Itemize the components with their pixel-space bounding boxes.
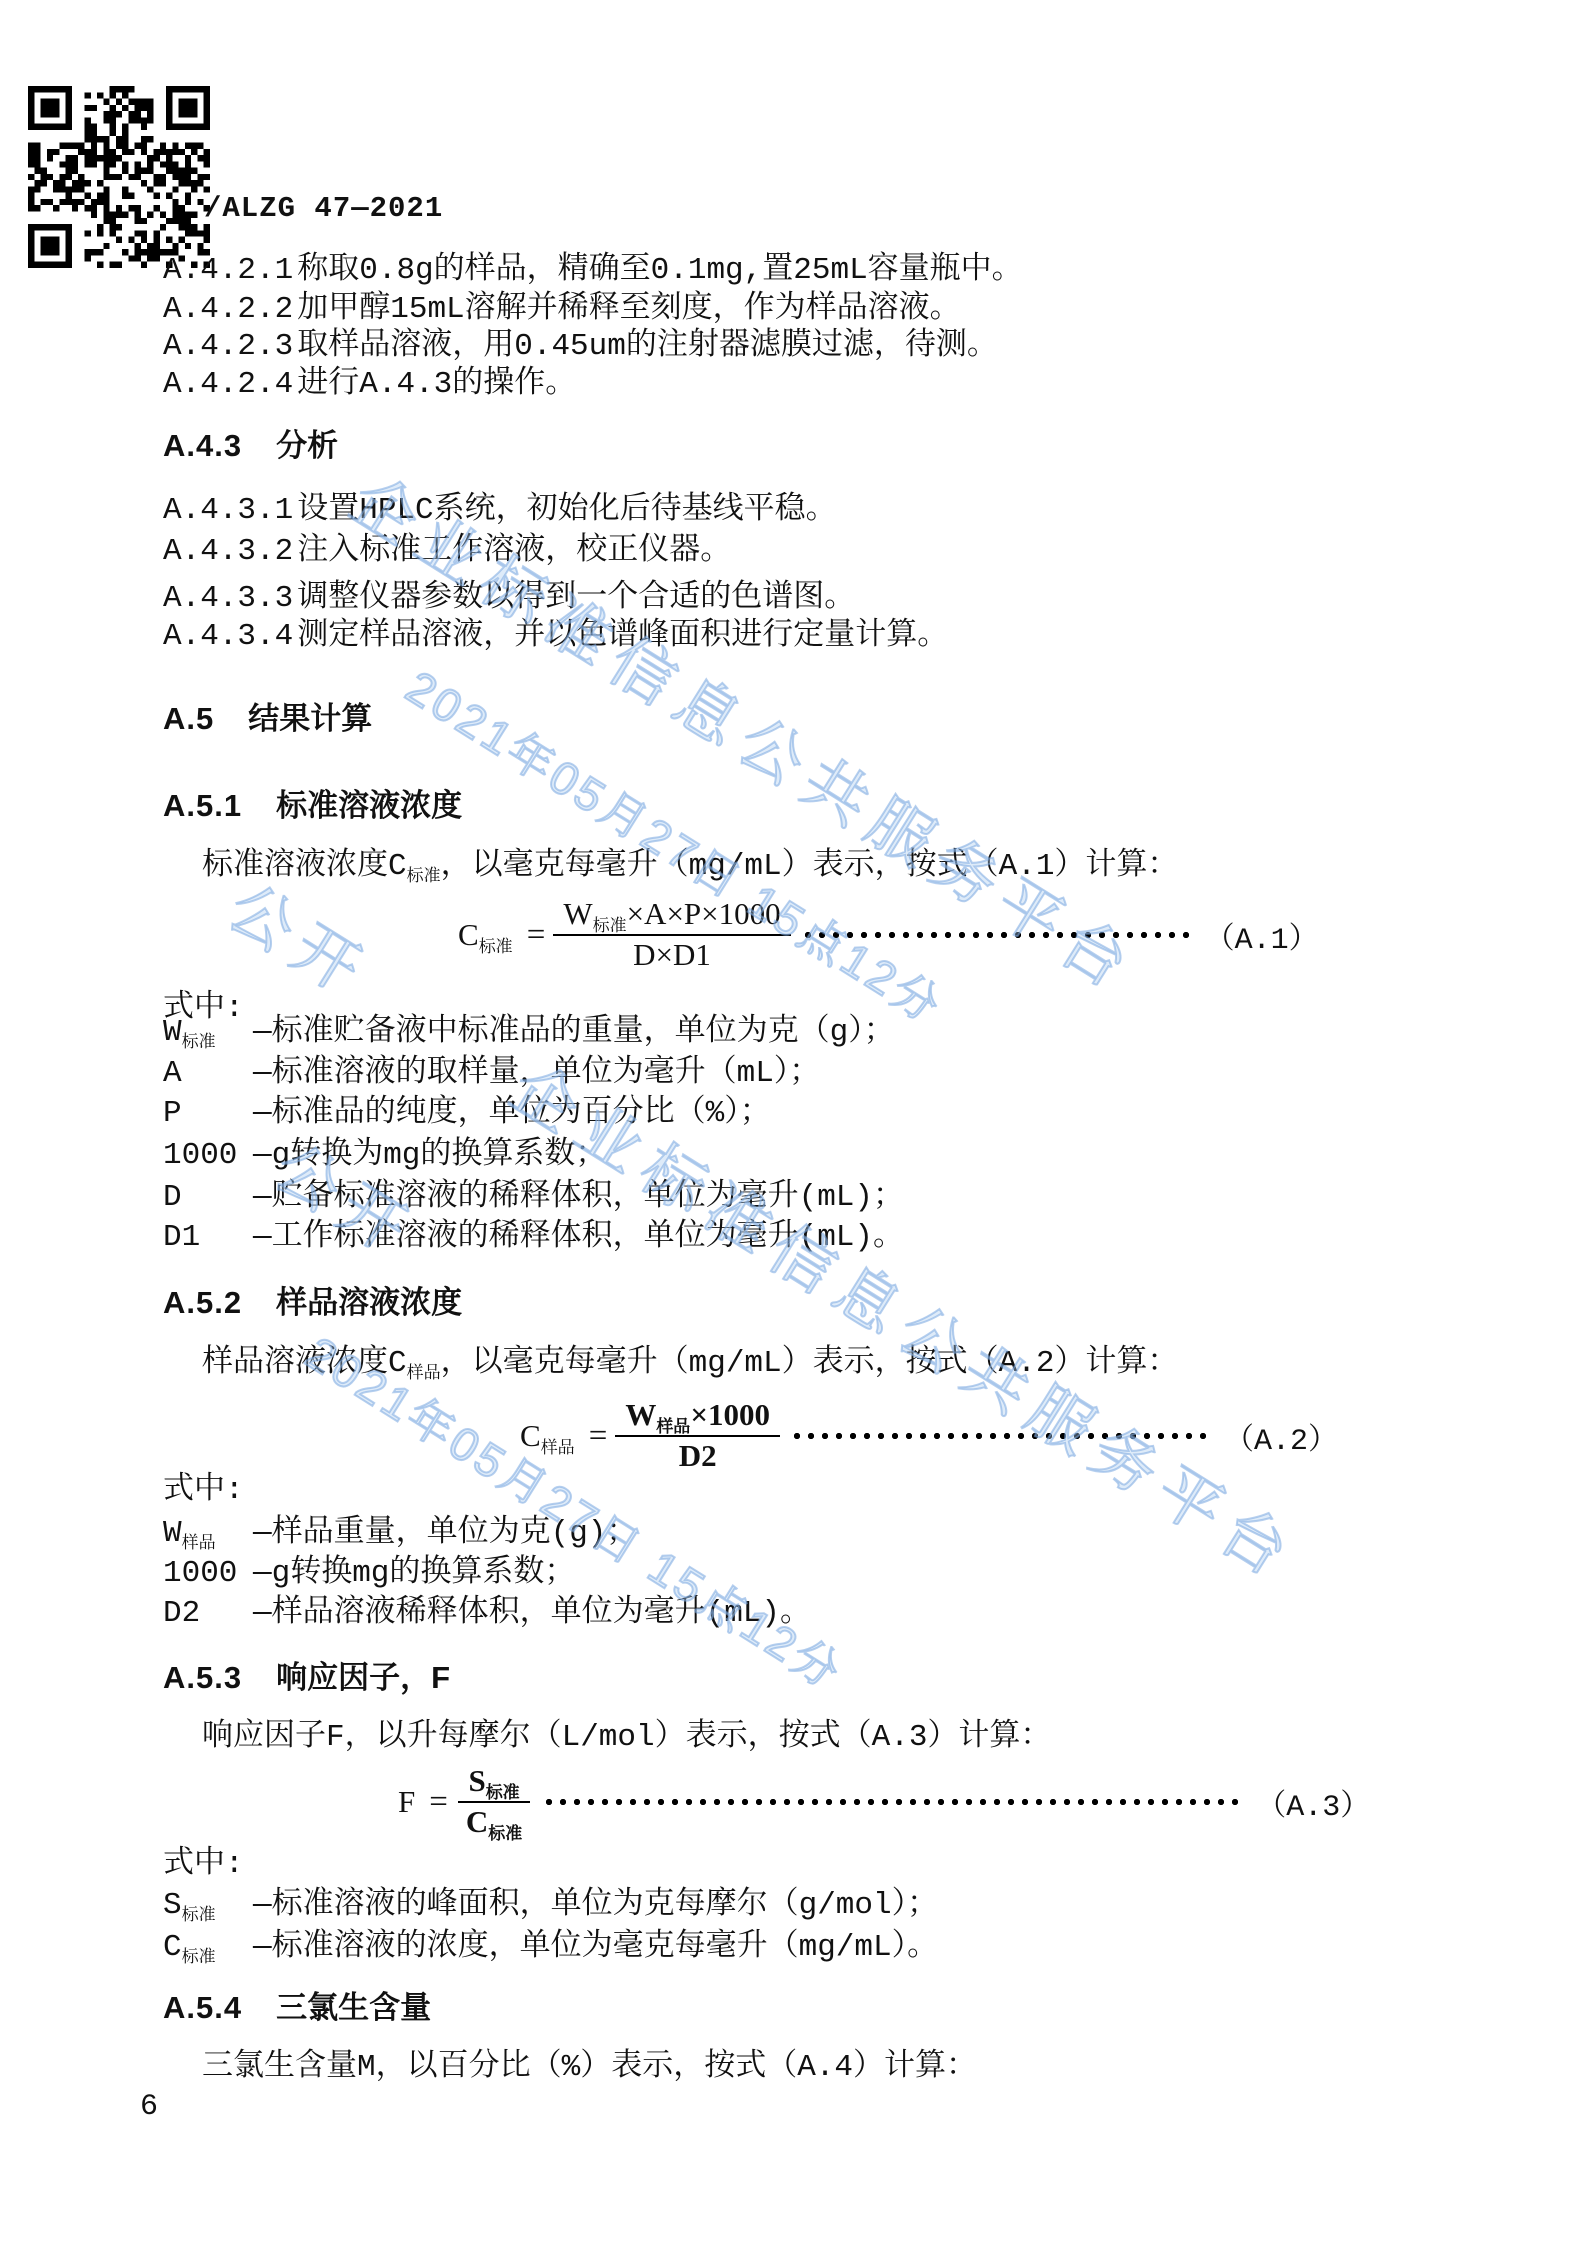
para-text: ，以毫克每毫升（mg/mL）表示，按式（A.1）计算： [441,849,1179,884]
heading-title: 样品溶液浓度 [276,1285,462,1320]
clause-a423: A.4.2.3取样品溶液，用0.45um的注射器滤膜过滤，待测。 [163,328,998,366]
heading-a52: A.5.2样品溶液浓度 [163,1284,462,1322]
definition-text: —标准溶液的浓度，单位为毫克每毫升（mg/mL）。 [253,1930,938,1965]
definition-text: —标准品的纯度，单位为百分比（%）； [253,1096,771,1131]
dotted-leader [801,930,1191,940]
definition-symbol: P [163,1095,253,1133]
clause-text: 称取0.8g的样品，精确至0.1mg,置25mL容量瓶中。 [297,253,1022,288]
heading-number: A.4.3 [163,428,242,463]
clause-a432: A.4.3.2注入标准工作溶液，校正仪器。 [163,533,731,571]
denominator: C标准 [456,1803,532,1839]
definition-symbol: 1000 [163,1137,253,1175]
definition-text: —工作标准溶液的稀释体积，单位为毫升(mL)。 [253,1220,904,1255]
qr-code [28,86,210,268]
clause-number: A.4.2.3 [163,328,293,366]
clause-text: 设置HPLC系统，初始化后待基线平稳。 [297,493,836,528]
definition-symbol: A [163,1055,253,1093]
heading-number: A.5 [163,701,214,736]
clause-a422: A.4.2.2加甲醇15mL溶解并稀释至刻度，作为样品溶液。 [163,291,961,329]
formula-lhs: C标准 [458,917,513,953]
para-text: 响应因子F，以升每摩尔（L/mol）表示，按式（A.3）计算： [202,1720,1051,1755]
heading-a53: A.5.3响应因子，F [163,1659,450,1697]
heading-title: 标准溶液浓度 [276,788,462,823]
definition-text: —样品溶液稀释体积，单位为毫升(mL)。 [253,1596,811,1631]
paragraph-a52-intro: 样品溶液浓度C样品，以毫克每毫升（mg/mL）表示，按式（A.2）计算： [202,1345,1178,1383]
clause-a434: A.4.3.4测定样品溶液，并以色谱峰面积进行定量计算。 [163,618,948,656]
definition-symbol: 1000 [163,1555,253,1593]
fraction: S标准 C标准 [456,1765,532,1838]
clause-text: 进行A.4.3的操作。 [297,367,576,402]
heading-title: 分析 [276,428,338,463]
heading-title: 三氯生含量 [276,1990,431,2025]
clause-text: 调整仪器参数以得到一个合适的色谱图。 [297,581,855,616]
definition-row: D2—样品溶液稀释体积，单位为毫升(mL)。 [163,1595,811,1633]
standard-doc-code: /ALZG 47—2021 [204,192,443,225]
clause-a431: A.4.3.1设置HPLC系统，初始化后待基线平稳。 [163,492,837,530]
clause-number: A.4.3.2 [163,533,293,571]
definition-row: W标准—标准贮备液中标准品的重量，单位为克（g）； [163,1014,895,1052]
numerator: S标准 [458,1765,529,1803]
formula-a1: C标准 = W标准×A×P×1000 D×D1 （A.1） [458,880,1319,990]
definition-text: —贮备标准溶液的稀释体积，单位为毫升(mL)； [253,1180,904,1215]
formula-lhs: C样品 [520,1418,575,1454]
equals-sign: = [429,1784,448,1821]
definition-symbol: D2 [163,1595,253,1633]
clause-number: A.4.2.4 [163,366,293,404]
heading-number: A.5.3 [163,1660,242,1695]
document-page: 企业标准信息公共服务平台 2021年05月27日 15点12分 公开 企业标准信… [0,0,1588,2245]
para-text: 三氯生含量M，以百分比（%）表示，按式（A.4）计算： [202,2050,977,2085]
numerator: W标准×A×P×1000 [553,898,790,936]
definition-row: C标准—标准溶液的浓度，单位为毫克每毫升（mg/mL）。 [163,1929,938,1967]
definition-text: —样品重量，单位为克(g)； [253,1516,637,1551]
clause-text: 加甲醇15mL溶解并稀释至刻度，作为样品溶液。 [297,292,960,327]
heading-a54: A.5.4三氯生含量 [163,1989,431,2027]
para-subscript: 标准 [407,868,441,887]
clause-a421: A.4.2.1称取0.8g的样品，精确至0.1mg,置25mL容量瓶中。 [163,252,1023,290]
heading-number: A.5.2 [163,1285,242,1320]
page-number: 6 [140,2090,158,2124]
fraction: W标准×A×P×1000 D×D1 [553,898,790,971]
heading-a43: A.4.3分析 [163,427,338,465]
equals-sign: = [589,1418,608,1455]
para-text: 样品溶液浓度C [202,1346,407,1381]
formula-a2: C样品 = W样品×1000 D2 （A.2） [520,1386,1338,1486]
definition-symbol: D1 [163,1219,253,1257]
formula-lhs: F [398,1784,415,1820]
definition-row: D—贮备标准溶液的稀释体积，单位为毫升(mL)； [163,1179,904,1217]
definition-text: —标准贮备液中标准品的重量，单位为克（g）； [253,1015,895,1050]
clause-number: A.4.3.1 [163,492,293,530]
denominator: D×D1 [623,936,721,972]
paragraph-a54-intro: 三氯生含量M，以百分比（%）表示，按式（A.4）计算： [202,2049,977,2087]
clause-number: A.4.3.4 [163,618,293,656]
definition-symbol: C标准 [163,1929,253,1967]
formula-label: （A.2） [1224,1414,1338,1459]
formula-label: （A.3） [1256,1780,1370,1825]
heading-title: 响应因子，F [276,1660,450,1695]
formula-a3: F = S标准 C标准 （A.3） [398,1752,1370,1852]
denominator: D2 [669,1437,727,1473]
clause-text: 测定样品溶液，并以色谱峰面积进行定量计算。 [297,619,948,654]
para-subscript: 样品 [407,1365,441,1384]
heading-title: 结果计算 [248,701,372,736]
para-text: ，以毫克每毫升（mg/mL）表示，按式（A.2）计算： [441,1346,1179,1381]
heading-number: A.5.4 [163,1990,242,2025]
heading-number: A.5.1 [163,788,242,823]
definition-symbol: S标准 [163,1887,253,1925]
definition-row: S标准—标准溶液的峰面积，单位为克每摩尔（g/mol）； [163,1887,938,1925]
dotted-leader [790,1431,1210,1441]
formula-intro-label: 式中: [163,1472,244,1510]
heading-a51: A.5.1标准溶液浓度 [163,787,462,825]
definition-symbol: W样品 [163,1515,253,1553]
definition-row: W样品—样品重量，单位为克(g)； [163,1515,637,1553]
definition-text: —g转换为mg的换算系数； [253,1138,606,1173]
clause-text: 注入标准工作溶液，校正仪器。 [297,534,731,569]
numerator: W样品×1000 [615,1399,780,1437]
definition-text: —标准溶液的取样量，单位为毫升（mL）； [253,1056,820,1091]
clause-number: A.4.3.3 [163,580,293,618]
dotted-leader [542,1797,1242,1807]
definition-row: 1000—g转换为mg的换算系数； [163,1137,606,1175]
clause-a424: A.4.2.4进行A.4.3的操作。 [163,366,576,404]
clause-number: A.4.2.1 [163,252,293,290]
definition-text: —g转换mg的换算系数； [253,1556,575,1591]
formula-intro-label: 式中: [163,1846,244,1884]
definition-row: P—标准品的纯度，单位为百分比（%）； [163,1095,771,1133]
definition-text: —标准溶液的峰面积，单位为克每摩尔（g/mol）； [253,1888,938,1923]
clause-text: 取样品溶液，用0.45um的注射器滤膜过滤，待测。 [297,329,998,364]
definition-row: 1000—g转换mg的换算系数； [163,1555,575,1593]
para-text: 标准溶液浓度C [202,849,407,884]
clause-number: A.4.2.2 [163,291,293,329]
definition-symbol: W标准 [163,1014,253,1052]
clause-a433: A.4.3.3调整仪器参数以得到一个合适的色谱图。 [163,580,855,618]
equals-sign: = [527,917,546,954]
fraction: W样品×1000 D2 [615,1399,780,1472]
definition-symbol: D [163,1179,253,1217]
formula-label: （A.1） [1205,913,1319,958]
heading-a5: A.5结果计算 [163,700,372,738]
definition-row: D1—工作标准溶液的稀释体积，单位为毫升(mL)。 [163,1219,904,1257]
definition-row: A—标准溶液的取样量，单位为毫升（mL）； [163,1055,820,1093]
